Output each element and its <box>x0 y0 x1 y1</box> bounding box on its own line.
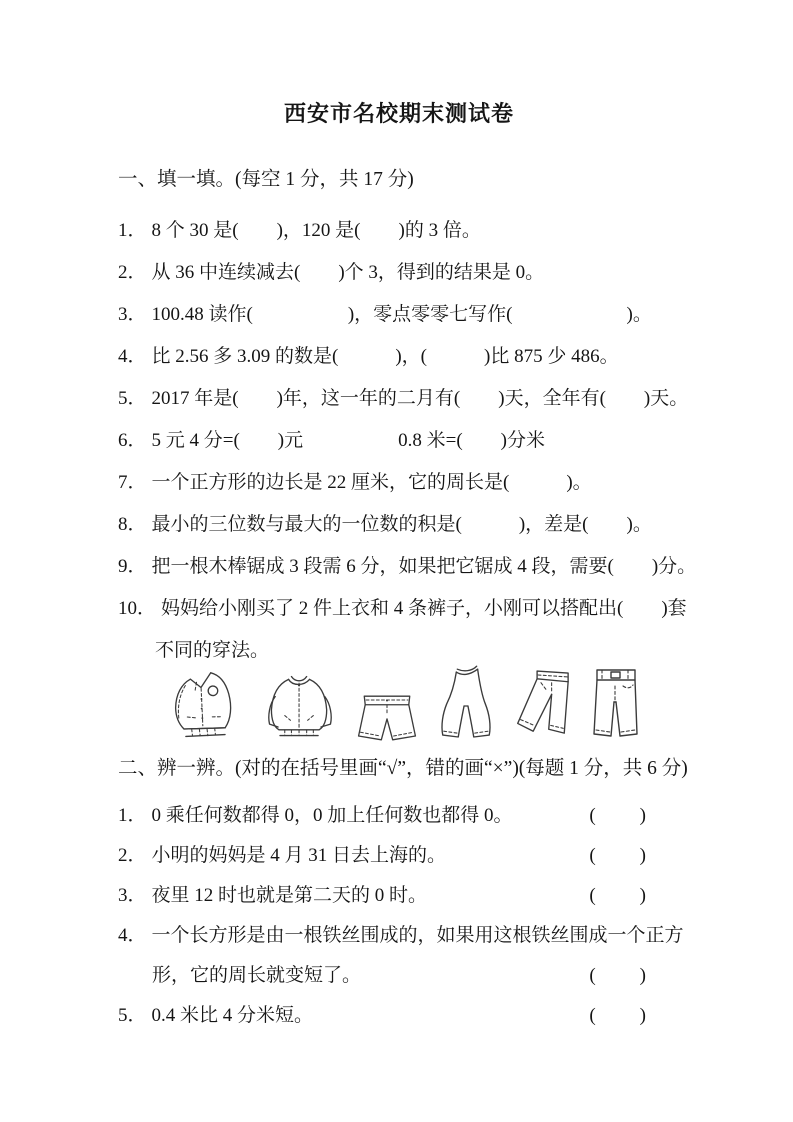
s1-question-8: 8．最小的三位数与最大的一位数的积是( )，差是( )。 <box>118 504 680 546</box>
question-text: 妈妈给小刚买了 2 件上衣和 4 条裤子，小刚可以搭配出( )套 <box>161 598 687 619</box>
jacket-icon-1 <box>160 655 254 755</box>
question-number: 4． <box>118 925 147 946</box>
question-number: 1． <box>118 805 147 826</box>
question-number: 10． <box>118 598 156 619</box>
question-left: 1．0 乘任何数都得 0，0 加上任何数也都得 0。 <box>118 796 513 836</box>
question-text-continued: 形，它的周长就变短了。 <box>118 956 361 996</box>
answer-bracket: ( ) <box>589 956 648 996</box>
answer-bracket: ( ) <box>589 836 648 876</box>
s1-question-3: 3．100.48 读作( )，零点零零七写作( )。 <box>118 294 680 336</box>
s2-question-4: 4．一个长方形是由一根铁丝围成的，如果用这根铁丝围成一个正方 <box>118 916 680 956</box>
question-text: 0 乘任何数都得 0，0 加上任何数也都得 0。 <box>152 805 513 826</box>
answer-bracket: ( ) <box>589 796 648 836</box>
question-number: 2． <box>118 262 147 283</box>
jacket-icon-2 <box>260 664 340 750</box>
question-text: 比 2.56 多 3.09 的数是( )，( )比 875 少 486。 <box>152 346 619 367</box>
page-title: 西安市名校期末测试卷 <box>118 100 680 128</box>
s2-question-5: 5．0.4 米比 4 分米短。 ( ) <box>118 996 680 1036</box>
question-number: 1． <box>118 220 147 241</box>
question-text: 最小的三位数与最大的一位数的积是( )，差是( )。 <box>152 514 652 535</box>
pants-belted-icon <box>583 662 645 750</box>
s1-question-10: 10．妈妈给小刚买了 2 件上衣和 4 条裤子，小刚可以搭配出( )套 <box>118 588 680 630</box>
s2-question-4-line2: 形，它的周长就变短了。 ( ) <box>118 956 680 996</box>
question-text: 8 个 30 是( )，120 是( )的 3 倍。 <box>152 220 481 241</box>
s1-question-4: 4．比 2.56 多 3.09 的数是( )，( )比 875 少 486。 <box>118 336 680 378</box>
pants-straight-icon <box>508 662 572 750</box>
section2-heading: 二、辨一辨。(对的在括号里画“√”，错的画“×”)(每题 1 分，共 6 分) <box>118 756 680 782</box>
s2-question-1: 1．0 乘任何数都得 0，0 加上任何数也都得 0。 ( ) <box>118 796 680 836</box>
answer-bracket: ( ) <box>589 876 648 916</box>
question-text: 0.4 米比 4 分米短。 <box>152 1005 314 1026</box>
exam-paper-page: 西安市名校期末测试卷 一、填一填。(每空 1 分，共 17 分) 1．8 个 3… <box>0 0 793 1122</box>
s1-question-5: 5．2017 年是( )年，这一年的二月有( )天，全年有( )天。 <box>118 378 680 420</box>
question-number: 3． <box>118 304 147 325</box>
question-text: 小明的妈妈是 4 月 31 日去上海的。 <box>152 845 447 866</box>
question-text: 一个长方形是由一根铁丝围成的，如果用这根铁丝围成一个正方 <box>152 925 684 946</box>
question-number: 9． <box>118 556 147 577</box>
section1-heading: 一、填一填。(每空 1 分，共 17 分) <box>118 168 680 192</box>
question-text: 从 36 中连续减去( )个 3，得到的结果是 0。 <box>152 262 545 283</box>
s2-question-2: 2．小明的妈妈是 4 月 31 日去上海的。 ( ) <box>118 836 680 876</box>
s1-question-2: 2．从 36 中连续减去( )个 3，得到的结果是 0。 <box>118 252 680 294</box>
answer-bracket: ( ) <box>589 996 648 1036</box>
pants-loose-icon <box>435 662 497 750</box>
question-number: 4． <box>118 346 147 367</box>
question-left: 4．一个长方形是由一根铁丝围成的，如果用这根铁丝围成一个正方 <box>118 916 684 956</box>
s1-question-9: 9．把一根木棒锯成 3 段需 6 分，如果把它锯成 4 段，需要( )分。 <box>118 546 680 588</box>
s1-question-1: 1．8 个 30 是( )，120 是( )的 3 倍。 <box>118 210 680 252</box>
question-number: 5． <box>118 1005 147 1026</box>
clothes-illustration-row <box>165 658 645 750</box>
question-text: 一个正方形的边长是 22 厘米，它的周长是( )。 <box>152 472 592 493</box>
question-number: 8． <box>118 514 147 535</box>
question-left: 2．小明的妈妈是 4 月 31 日去上海的。 <box>118 836 446 876</box>
s1-question-6: 6．5 元 4 分=( )元 0.8 米=( )分米 <box>118 420 680 462</box>
question-text: 把一根木棒锯成 3 段需 6 分，如果把它锯成 4 段，需要( )分。 <box>152 556 697 577</box>
s2-question-3: 3．夜里 12 时也就是第二天的 0 时。 ( ) <box>118 876 680 916</box>
question-number: 6． <box>118 430 147 451</box>
question-number: 5． <box>118 388 147 409</box>
question-text: 100.48 读作( )，零点零零七写作( )。 <box>152 304 652 325</box>
question-number: 2． <box>118 845 147 866</box>
question-number: 7． <box>118 472 147 493</box>
question-text: 夜里 12 时也就是第二天的 0 时。 <box>152 885 428 906</box>
question-number: 3． <box>118 885 147 906</box>
question-left: 5．0.4 米比 4 分米短。 <box>118 996 313 1036</box>
s1-question-7: 7．一个正方形的边长是 22 厘米，它的周长是( )。 <box>118 462 680 504</box>
question-text: 2017 年是( )年，这一年的二月有( )天，全年有( )天。 <box>152 388 689 409</box>
shorts-icon <box>351 686 423 750</box>
question-left: 3．夜里 12 时也就是第二天的 0 时。 <box>118 876 427 916</box>
question-text: 5 元 4 分=( )元 0.8 米=( )分米 <box>152 430 546 451</box>
